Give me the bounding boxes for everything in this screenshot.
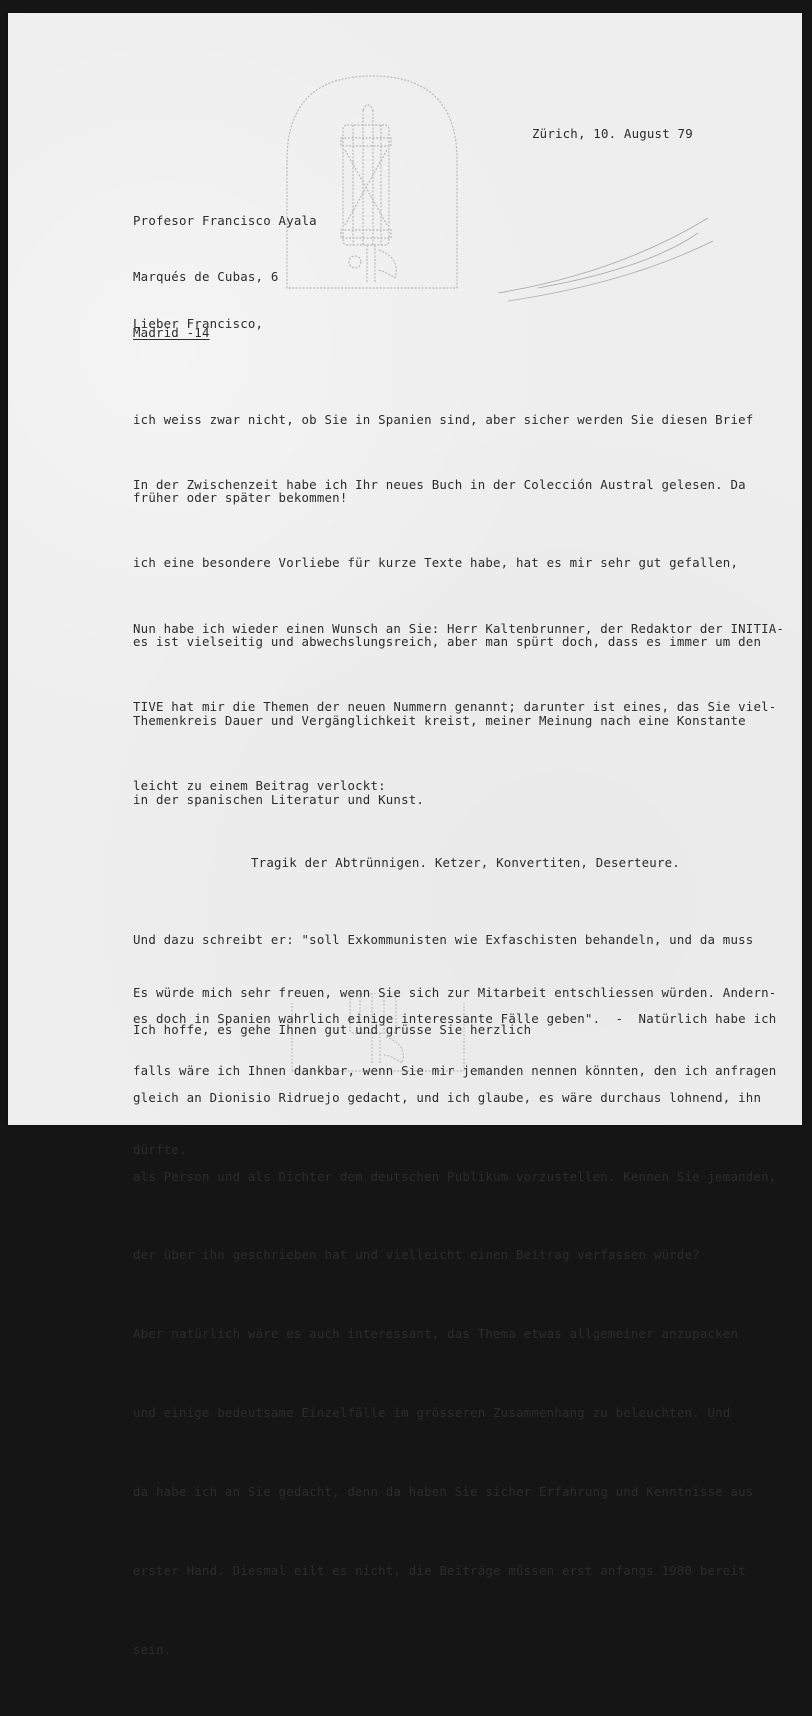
topic-title: Tragik der Abtrünnigen. Ketzer, Konverti… <box>133 852 784 874</box>
text-line: TIVE hat mir die Themen der neuen Nummer… <box>133 694 784 720</box>
recipient-name: Profesor Francisco Ayala <box>133 212 317 231</box>
closing-line: Ich hoffe, es gehe Ihnen gut und grüsse … <box>133 1017 531 1043</box>
text-line: In der Zwischenzeit habe ich Ihr neues B… <box>133 472 761 498</box>
letter-page: Zürich, 10. August 79 Profesor Francisco… <box>8 13 802 1125</box>
text-line: Nun habe ich wieder einen Wunsch an Sie:… <box>133 616 784 642</box>
text-line: leicht zu einem Beitrag verlockt: <box>133 773 784 799</box>
recipient-street: Marqués de Cubas, 6 <box>133 268 317 287</box>
salutation: Lieber Francisco, <box>133 311 263 337</box>
text-line: falls wäre ich Ihnen dankbar, wenn Sie m… <box>133 1058 776 1084</box>
letter-date: Zürich, 10. August 79 <box>532 121 693 147</box>
paper-crease-marks <box>498 193 728 303</box>
recipient-address: Profesor Francisco Ayala Marqués de Cuba… <box>133 174 317 381</box>
text-line: Es würde mich sehr freuen, wenn Sie sich… <box>133 980 776 1006</box>
